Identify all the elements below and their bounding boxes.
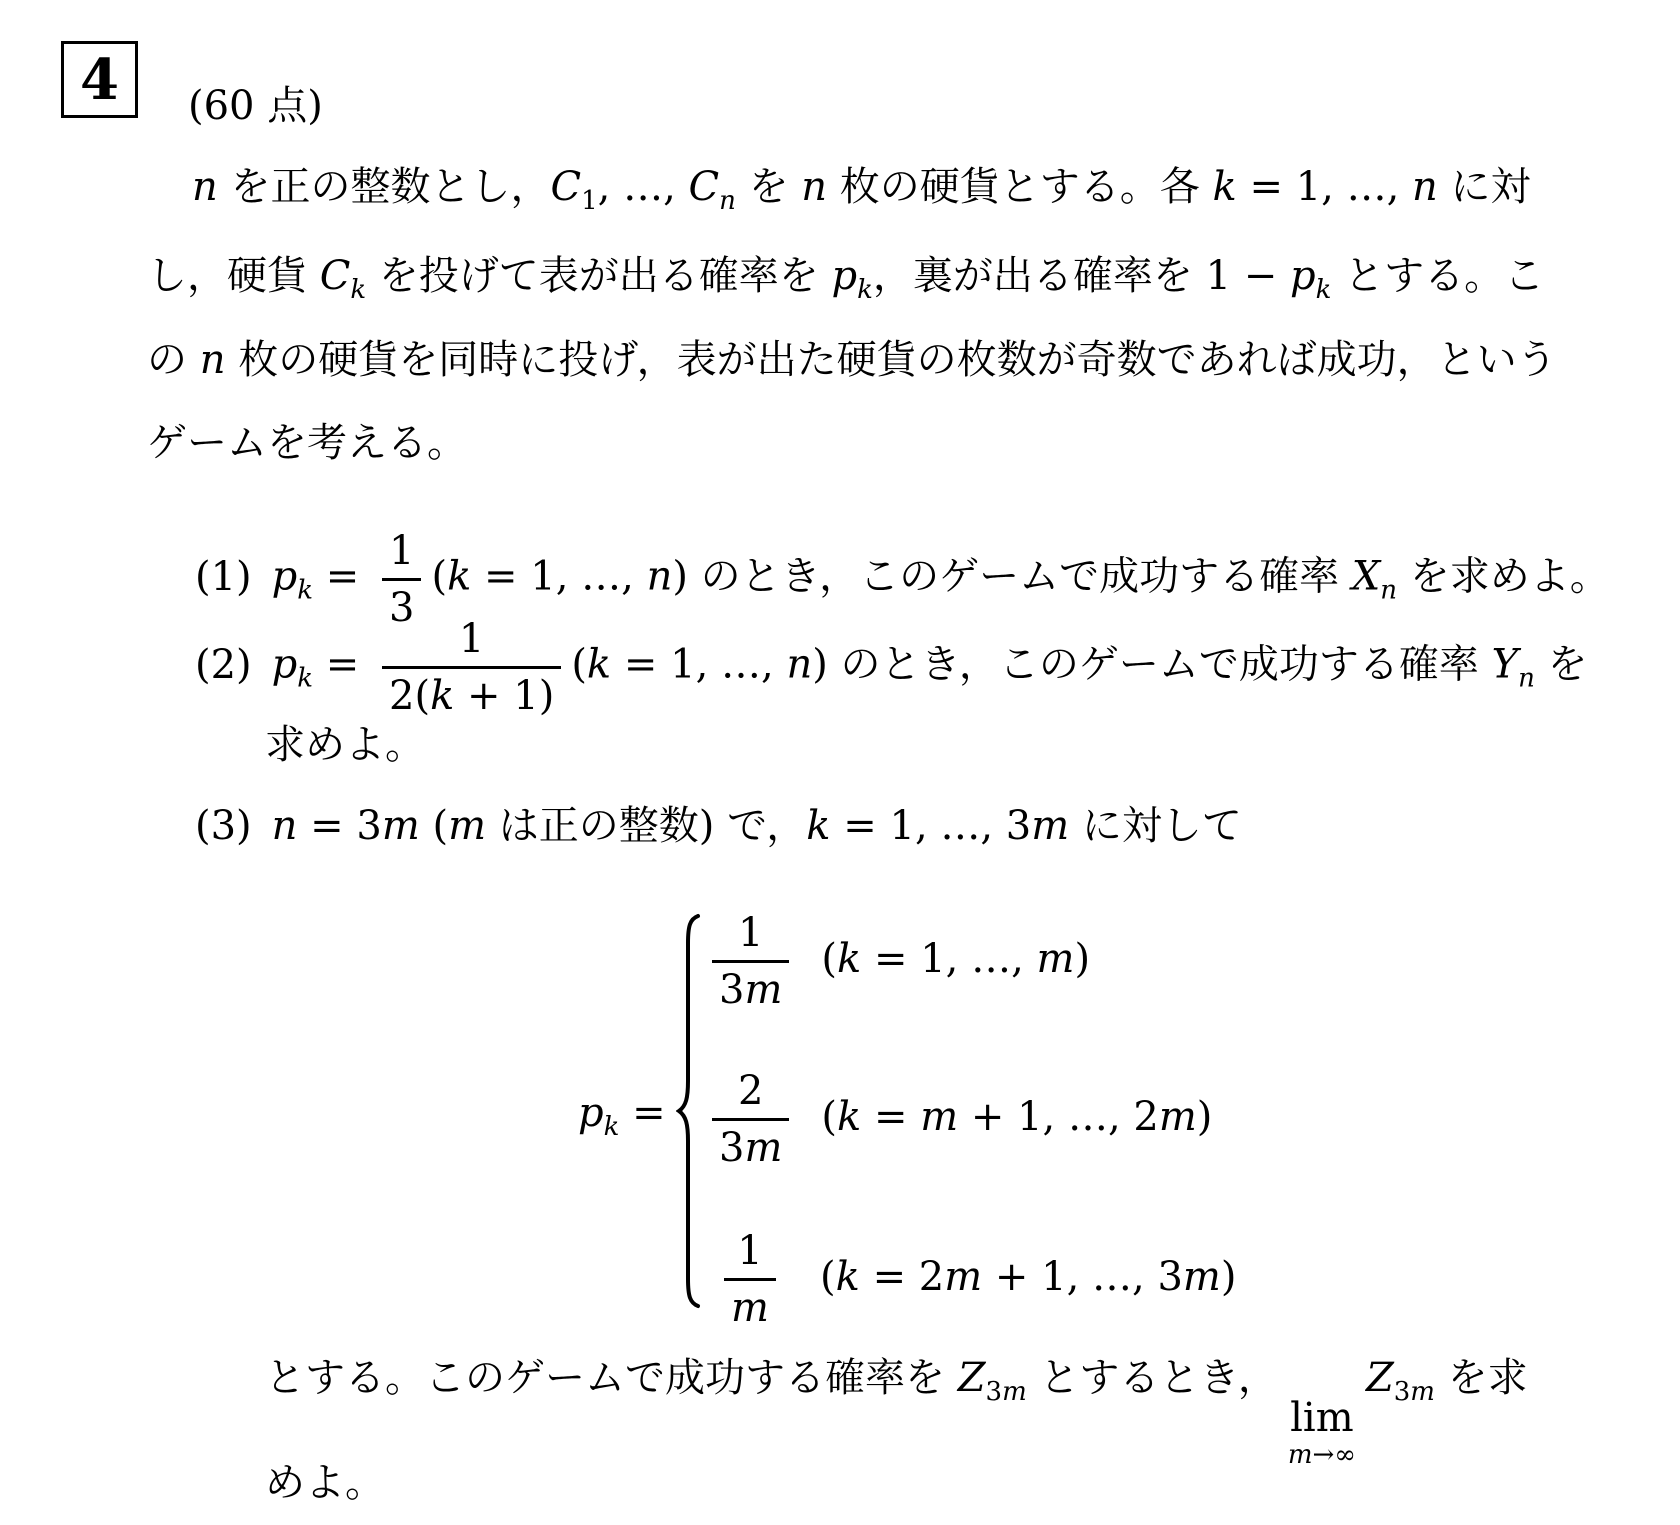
item-2-label: (2) <box>195 645 252 685</box>
fraction-column: 1m <box>712 1231 788 1328</box>
closing-line-1: とする。このゲームで成功する確率を Z3m とするとき，limm→∞Z3m を求 <box>265 1358 1528 1468</box>
math-var: m <box>382 803 420 849</box>
subscript: m <box>1410 1377 1435 1407</box>
text-run: = 1, …, 3 <box>831 803 1032 849</box>
lim-label: lim <box>1290 1398 1354 1438</box>
text-run: を正の整数とし， <box>218 164 551 210</box>
case-1: 13m(k = 1, …, m) <box>712 913 1090 1010</box>
subscript: k <box>297 664 313 694</box>
subscript: n <box>719 186 736 216</box>
math-var: m <box>448 803 486 849</box>
math-var: p <box>272 554 298 600</box>
math-var: n <box>192 164 218 210</box>
subscript: k <box>1316 275 1332 305</box>
subscript: 3 <box>986 1377 1003 1407</box>
fraction-denominator: 3m <box>712 960 789 1010</box>
subscript: 1 <box>581 186 598 216</box>
text-run: 求めよ。 <box>265 722 425 768</box>
text-run: とするとき， <box>1027 1355 1278 1401</box>
fraction-denominator: m <box>724 1278 776 1328</box>
math-var: n <box>801 164 827 210</box>
problem-number-box: 4 <box>61 41 138 118</box>
text-run: ) で， <box>699 803 807 849</box>
text-run: = 1, …, <box>471 554 646 600</box>
math-var: p <box>832 253 858 299</box>
subscript: k <box>297 576 313 606</box>
paren: ) <box>672 554 688 600</box>
paren: ) <box>812 642 828 688</box>
text-run: のとき，このゲームで成功する確率 <box>688 554 1352 600</box>
subscript: k <box>350 275 366 305</box>
fraction-numerator: 1 <box>452 619 491 666</box>
text-run: の <box>147 337 200 383</box>
math-var: X <box>1352 554 1380 600</box>
fraction-numerator: 1 <box>730 1231 769 1278</box>
item-1: (1)pk = 13(k = 1, …, n) のとき，このゲームで成功する確率… <box>195 531 1610 628</box>
text-run: 枚の硬貨とする。各 <box>827 164 1212 210</box>
case-condition: (k = 2m + 1, …, 3m) <box>820 1254 1236 1300</box>
math-var: p <box>272 642 298 688</box>
math-num: 1 − <box>1206 253 1290 299</box>
equals: = <box>619 1090 665 1136</box>
equals: = <box>313 642 372 688</box>
fraction-denominator: 3m <box>712 1118 789 1168</box>
math-var: Y <box>1492 642 1518 688</box>
fraction-column: 23m <box>712 1071 789 1168</box>
case-condition: (k = 1, …, m) <box>821 936 1090 982</box>
fraction-numerator: 1 <box>382 531 421 578</box>
fraction-numerator: 2 <box>731 1071 770 1118</box>
text-run: とする。このゲームで成功する確率を <box>265 1355 958 1401</box>
intro-line-2: し，硬貨 Ck を投げて表が出る確率を pk，裏が出る確率を 1 − pk とす… <box>147 256 1544 303</box>
fraction-denominator: 2(k + 1) <box>382 666 561 716</box>
item-3-label: (3) <box>195 806 252 846</box>
text-run: , …, <box>598 164 689 210</box>
text-run: を求 <box>1435 1355 1528 1401</box>
fraction: 13 <box>382 531 421 628</box>
math-var: n <box>647 554 673 600</box>
fraction: 12(k + 1) <box>382 619 561 716</box>
text-run: に対して <box>1069 803 1242 849</box>
text-run: ，裏が出る確率を <box>873 253 1206 299</box>
paren: ( <box>431 554 447 600</box>
item-1-label: (1) <box>195 557 252 597</box>
case-2: 23m(k = m + 1, …, 2m) <box>712 1071 1212 1168</box>
lim-subscript: m→∞ <box>1288 1442 1356 1468</box>
item-3: (3)n = 3m (m は正の整数) で，k = 1, …, 3m に対して <box>195 806 1242 846</box>
intro-line-1: n を正の整数とし，C1, …, Cn を n 枚の硬貨とする。各 k = 1,… <box>192 167 1531 214</box>
left-brace-icon <box>676 913 702 1309</box>
text-run: ( <box>420 803 448 849</box>
text-run: = 1, …, <box>1237 164 1412 210</box>
piecewise-lhs: pk = <box>578 1093 666 1140</box>
math-var: p <box>1290 253 1316 299</box>
text-run: とする。こ <box>1331 253 1544 299</box>
item-2: (2)pk = 12(k + 1)(k = 1, …, n) のとき，このゲーム… <box>195 619 1588 716</box>
equals: = <box>313 554 372 600</box>
text-run: を <box>736 164 801 210</box>
closing-line-2: めよ。 <box>265 1463 385 1503</box>
math-var: C <box>550 164 581 210</box>
text-run: し，硬貨 <box>147 253 320 299</box>
item-2-continuation: 求めよ。 <box>265 725 425 765</box>
text-run: を投げて表が出る確率を <box>366 253 831 299</box>
text-run: に対 <box>1438 164 1531 210</box>
fraction: 23m <box>712 1071 789 1168</box>
math-var: n <box>1412 164 1438 210</box>
math-var: k <box>587 642 611 688</box>
text-run: のとき，このゲームで成功する確率 <box>828 642 1492 688</box>
math-var: m <box>1031 803 1069 849</box>
math-var: k <box>1213 164 1237 210</box>
fraction: 1m <box>724 1231 776 1328</box>
text-run: ゲームを考える。 <box>147 420 467 466</box>
subscript: k <box>604 1112 620 1142</box>
subscript: 3 <box>1394 1377 1411 1407</box>
text-run: = 1, …, <box>611 642 786 688</box>
math-var: k <box>806 803 830 849</box>
math-var: Z <box>958 1355 986 1401</box>
text-run: めよ。 <box>265 1460 385 1506</box>
problem-number: 4 <box>80 47 119 113</box>
math-var: Z <box>1366 1355 1394 1401</box>
math-var: k <box>447 554 471 600</box>
subscript: n <box>1518 664 1535 694</box>
subscript: m <box>1002 1377 1027 1407</box>
text-run: 枚の硬貨を同時に投げ，表が出た硬貨の枚数が奇数であれば成功，という <box>225 337 1556 383</box>
text-run: を <box>1535 642 1588 688</box>
exam-page: 4 (60 点) n を正の整数とし，C1, …, Cn を n 枚の硬貨とする… <box>0 0 1680 1525</box>
text-run: は正の整数 <box>486 803 699 849</box>
case-condition: (k = m + 1, …, 2m) <box>821 1094 1212 1140</box>
fraction-column: 13m <box>712 913 789 1010</box>
fraction: 13m <box>712 913 789 1010</box>
math-var: n <box>786 642 812 688</box>
text-run: = 3 <box>297 803 381 849</box>
paren: ( <box>571 642 587 688</box>
limit-operator: limm→∞ <box>1288 1398 1356 1468</box>
subscript: k <box>857 275 873 305</box>
points-label: (60 点) <box>188 86 323 126</box>
case-3: 1m(k = 2m + 1, …, 3m) <box>712 1231 1236 1328</box>
math-var: C <box>320 253 351 299</box>
fraction-numerator: 1 <box>731 913 770 960</box>
math-var: C <box>689 164 720 210</box>
math-var: p <box>578 1090 604 1136</box>
intro-line-4: ゲームを考える。 <box>147 423 467 463</box>
math-var: n <box>200 337 226 383</box>
subscript: n <box>1380 576 1397 606</box>
math-var: n <box>272 803 298 849</box>
text-run: を求めよ。 <box>1397 554 1610 600</box>
intro-line-3: の n 枚の硬貨を同時に投げ，表が出た硬貨の枚数が奇数であれば成功，という <box>147 340 1557 380</box>
